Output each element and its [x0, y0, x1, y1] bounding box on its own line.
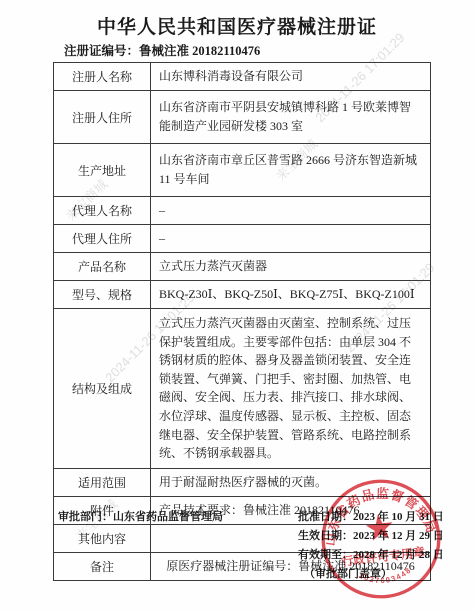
row-value: –	[151, 197, 430, 224]
row-value: 山东省济南市平阴县安城镇博科路 1 号欧莱博智能制造产业园研发楼 303 室	[151, 91, 430, 143]
row-label: 产品名称	[54, 253, 151, 280]
row-value: –	[151, 225, 430, 252]
row-value: 山东博科消毒设备有限公司	[151, 63, 430, 90]
dates-block: 批准日期：2023 年 10 月 31 日 生效日期：2023 年 12 月 2…	[298, 508, 444, 584]
row-agent-address: 代理人住所 –	[54, 224, 430, 252]
row-registrant-name: 注册人名称 山东博科消毒设备有限公司	[54, 63, 430, 90]
page-title: 中华人民共和国医疗器械注册证	[0, 12, 474, 39]
row-label: 代理人名称	[54, 197, 151, 224]
row-label: 型号、规格	[54, 281, 151, 308]
row-label: 备注	[54, 553, 151, 580]
row-model-spec: 型号、规格 BKQ-Z30Ⅰ、BKQ-Z50Ⅰ、BKQ-Z75Ⅰ、BKQ-Z10…	[54, 280, 430, 308]
certificate-number-label: 注册证编号：	[64, 44, 139, 58]
certificate-number-value: 鲁械注准 20182110476	[139, 44, 260, 58]
approval-date-line: 批准日期：2023 年 10 月 31 日	[298, 508, 444, 527]
certificate-number-line: 注册证编号：鲁械注准 20182110476	[64, 41, 260, 59]
row-structure-composition: 结构及组成 立式压力蒸汽灭菌器由灭菌室、控制系统、过压保护装置组成。主要零部件包…	[54, 308, 430, 468]
row-value: 用于耐湿耐热医疗器械的灭菌。	[151, 469, 430, 496]
row-product-name: 产品名称 立式压力蒸汽灭菌器	[54, 252, 430, 280]
seal-note: （审批部门盖章）	[298, 565, 444, 584]
row-label: 其他内容	[54, 525, 151, 552]
row-value: 立式压力蒸汽灭菌器由灭菌室、控制系统、过压保护装置组成。主要零部件包括：由单层 …	[151, 309, 430, 468]
effective-date-label: 生效日期：	[298, 530, 353, 542]
effective-date-value: 2023 年 12 月 29 日	[353, 530, 444, 542]
row-production-address: 生产地址 山东省济南市章丘区普雪路 2666 号济东智造新城 11 号车间	[54, 143, 430, 196]
row-label: 适用范围	[54, 469, 151, 496]
row-agent-name: 代理人名称 –	[54, 196, 430, 224]
row-value: 山东省济南市章丘区普雪路 2666 号济东智造新城 11 号车间	[151, 144, 430, 196]
valid-until-value: 2028 年 12 月 28 日	[353, 549, 444, 561]
approval-department-line: 审批部门：山东省药品监督管理局	[58, 508, 223, 524]
certificate-page: 2024-11-26 17:01:29 2024-11-26 17:01:29 …	[0, 0, 474, 611]
effective-date-line: 生效日期：2023 年 12 月 29 日	[298, 527, 444, 546]
approval-date-label: 批准日期：	[298, 511, 353, 523]
row-label: 结构及组成	[54, 309, 151, 468]
row-label: 注册人名称	[54, 63, 151, 90]
row-scope-of-use: 适用范围 用于耐湿耐热医疗器械的灭菌。	[54, 468, 430, 496]
registration-table: 注册人名称 山东博科消毒设备有限公司 注册人住所 山东省济南市平阴县安城镇博科路…	[53, 62, 431, 581]
approval-department-value: 山东省药品监督管理局	[113, 511, 223, 523]
row-value: BKQ-Z30Ⅰ、BKQ-Z50Ⅰ、BKQ-Z75Ⅰ、BKQ-Z100Ⅰ	[151, 281, 430, 308]
approval-date-value: 2023 年 10 月 31 日	[353, 511, 444, 523]
row-value: 立式压力蒸汽灭菌器	[151, 253, 430, 280]
row-label: 代理人住所	[54, 225, 151, 252]
approval-department-label: 审批部门：	[58, 511, 113, 523]
row-label: 注册人住所	[54, 91, 151, 143]
valid-until-label: 有效期至：	[298, 549, 353, 561]
row-label: 生产地址	[54, 144, 151, 196]
row-registrant-address: 注册人住所 山东省济南市平阴县安城镇博科路 1 号欧莱博智能制造产业园研发楼 3…	[54, 90, 430, 143]
valid-until-line: 有效期至：2028 年 12 月 28 日	[298, 546, 444, 565]
